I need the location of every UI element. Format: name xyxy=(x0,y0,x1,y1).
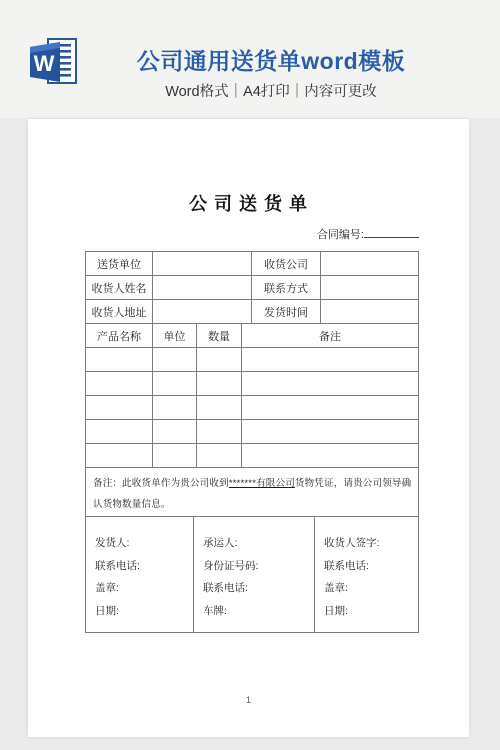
signature-cell-sender: 发货人: 联系电话: 盖章: 日期: xyxy=(86,517,193,632)
signature-label: 发货人: xyxy=(95,532,189,555)
product-cell xyxy=(196,420,241,443)
info-label: 收货人姓名 xyxy=(86,276,152,299)
signature-label: 联系电话: xyxy=(95,555,189,578)
note-text-underlined: *******有限公司 xyxy=(229,478,295,489)
product-header: 数量 xyxy=(196,324,241,347)
info-label: 送货单位 xyxy=(86,252,152,275)
product-cell xyxy=(196,396,241,419)
signature-label: 日期: xyxy=(324,600,414,623)
document-page: 公 司 送 货 单 合同编号: 送货单位 收货公司 收货人姓名 联系方式 收货人… xyxy=(28,119,469,737)
info-label: 收货公司 xyxy=(251,252,320,275)
product-cell xyxy=(152,372,196,395)
product-header: 单位 xyxy=(152,324,196,347)
info-value-cell xyxy=(152,300,251,323)
info-row: 收货人姓名 联系方式 xyxy=(86,275,418,299)
info-value-cell xyxy=(320,252,418,275)
info-value-cell xyxy=(320,300,418,323)
page-number: 1 xyxy=(28,695,469,705)
info-row: 送货单位 收货公司 xyxy=(86,252,418,275)
info-label: 发货时间 xyxy=(251,300,320,323)
contract-number-blank xyxy=(364,226,419,238)
product-cell xyxy=(196,348,241,371)
product-cell xyxy=(86,396,152,419)
info-value-cell xyxy=(152,252,251,275)
signature-label: 联系电话: xyxy=(324,555,414,578)
product-empty-row xyxy=(86,395,418,419)
page-subtitle: Word格式｜A4打印｜内容可更改 xyxy=(42,80,500,101)
info-row: 收货人地址 发货时间 xyxy=(86,299,418,323)
product-header: 产品名称 xyxy=(86,324,152,347)
product-cell xyxy=(152,420,196,443)
page-title: 公司通用送货单word模板 xyxy=(42,43,500,76)
product-header-row: 产品名称 单位 数量 备注 xyxy=(86,323,418,347)
contract-number-line: 合同编号: xyxy=(85,226,419,242)
product-empty-row xyxy=(86,371,418,395)
product-cell xyxy=(241,420,418,443)
signature-cell-receiver: 收货人签字: 联系电话: 盖章: 日期: xyxy=(314,517,418,632)
product-cell xyxy=(86,444,152,467)
header-banner: W 公司通用送货单word模板 Word格式｜A4打印｜内容可更改 xyxy=(0,0,500,118)
product-cell xyxy=(196,444,241,467)
product-cell xyxy=(86,348,152,371)
signature-row: 发货人: 联系电话: 盖章: 日期: 承运人: 身份证号码: 联系电话: 车牌:… xyxy=(86,516,418,632)
contract-number-label: 合同编号: xyxy=(317,229,364,241)
document-title: 公 司 送 货 单 xyxy=(28,190,469,216)
product-cell xyxy=(86,372,152,395)
signature-cell-carrier: 承运人: 身份证号码: 联系电话: 车牌: xyxy=(193,517,314,632)
signature-label: 车牌: xyxy=(203,600,310,623)
info-value-cell xyxy=(152,276,251,299)
product-cell xyxy=(152,444,196,467)
product-cell xyxy=(241,348,418,371)
signature-label: 收货人签字: xyxy=(324,532,414,555)
signature-label: 联系电话: xyxy=(203,577,310,600)
note-row: 备注：此收货单作为贵公司收到*******有限公司货物凭证，请贵公司领导确认货物… xyxy=(86,467,418,516)
product-empty-row xyxy=(86,419,418,443)
info-label: 联系方式 xyxy=(251,276,320,299)
delivery-form-table: 送货单位 收货公司 收货人姓名 联系方式 收货人地址 发货时间 产品名称 单位 xyxy=(85,251,419,633)
product-empty-row xyxy=(86,347,418,371)
note-text-prefix: 备注：此收货单作为贵公司收到 xyxy=(93,478,229,489)
product-header: 备注 xyxy=(241,324,418,347)
info-value-cell xyxy=(320,276,418,299)
product-cell xyxy=(241,372,418,395)
product-cell xyxy=(86,420,152,443)
signature-label: 日期: xyxy=(95,600,189,623)
product-empty-row xyxy=(86,443,418,467)
signature-label: 身份证号码: xyxy=(203,555,310,578)
product-cell xyxy=(196,372,241,395)
signature-label: 盖章: xyxy=(324,577,414,600)
product-cell xyxy=(152,348,196,371)
signature-label: 盖章: xyxy=(95,577,189,600)
template-preview: W 公司通用送货单word模板 Word格式｜A4打印｜内容可更改 公 司 送 … xyxy=(0,0,500,750)
product-cell xyxy=(152,396,196,419)
product-cell xyxy=(241,396,418,419)
signature-label: 承运人: xyxy=(203,532,310,555)
info-label: 收货人地址 xyxy=(86,300,152,323)
product-cell xyxy=(241,444,418,467)
